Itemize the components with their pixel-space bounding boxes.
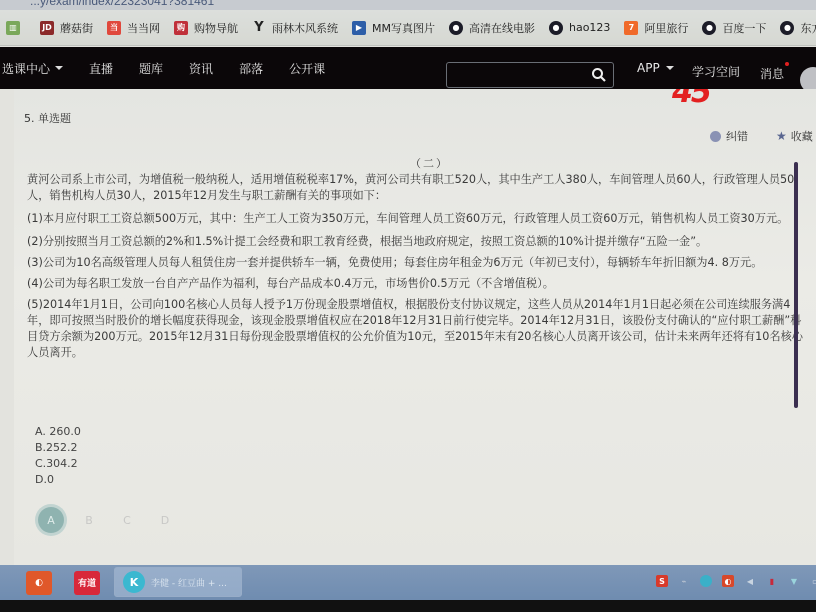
chevron-down-icon xyxy=(666,66,674,70)
volume-icon[interactable]: ◀ xyxy=(744,575,756,587)
question-intro: 黄河公司系上市公司，为增值税一般纳税人，适用增值税税率17%，黄河公司共有职工5… xyxy=(27,172,805,204)
address-bar[interactable]: ...y/exam/index/22323041?381461 xyxy=(0,0,816,10)
answer-button-b[interactable]: B xyxy=(76,507,102,533)
green-app-icon: ▥ xyxy=(6,21,20,35)
chevron-down-icon xyxy=(55,66,63,70)
star-icon: ★ xyxy=(776,129,787,143)
taskbar: ◐ 有道 K 李健 - 红豆曲 + ... S ⌁ ◐ ◀ ▮ ▼ ▭ xyxy=(0,565,816,600)
answer-selector: A B C D xyxy=(38,507,190,533)
media-tray-icon[interactable]: ◐ xyxy=(722,575,734,587)
question-stem: 黄河公司系上市公司，为增值税一般纳税人，适用增值税税率17%，黄河公司共有职工5… xyxy=(27,172,805,368)
bookmark-green-app[interactable]: ▥ xyxy=(6,21,26,35)
bookmark-ylmf[interactable]: Y 雨林木风系统 xyxy=(252,20,338,36)
question-item-1: (1)本月应付职工工资总额500万元，其中：生产工人工资为350万元，车间管理人… xyxy=(27,211,805,227)
search-input[interactable] xyxy=(447,63,587,87)
answer-button-a[interactable]: A xyxy=(38,507,64,533)
shopping-icon: 购 xyxy=(174,21,188,35)
power-icon[interactable]: ▭ xyxy=(810,575,816,587)
youdao-icon[interactable]: 有道 xyxy=(74,571,100,595)
nav-course-center[interactable]: 选课中心 xyxy=(2,60,63,77)
bookmark-shopping-nav[interactable]: 购 购物导航 xyxy=(174,20,238,36)
question-item-5: (5)2014年1月1日，公司向100名核心人员每人授予1万份现金股票增值权，根… xyxy=(27,297,805,361)
jd-icon: JD xyxy=(40,21,54,35)
search-box xyxy=(446,62,614,88)
taskbar-active-window[interactable]: K 李健 - 红豆曲 + ... xyxy=(114,567,242,597)
bookmark-dangdang[interactable]: 当 当当网 xyxy=(107,20,160,36)
url-text: ...y/exam/index/22323041?381461 xyxy=(30,0,214,8)
option-a: A. 260.0 xyxy=(35,424,81,440)
answer-button-d[interactable]: D xyxy=(152,507,178,533)
question-type-label: 5. 单选题 xyxy=(24,110,71,126)
favorite-button[interactable]: ★ 收藏 xyxy=(776,128,813,144)
messages-link[interactable]: 消息 xyxy=(760,65,784,82)
screen-bezel xyxy=(0,600,816,612)
search-icon[interactable] xyxy=(591,67,607,83)
question-item-2: (2)分别按照当月工资总额的2%和1.5%计提工会经费和职工教育经费，根据当地政… xyxy=(27,234,805,250)
alitrip-icon: 7 xyxy=(624,21,638,35)
bookmarks-bar: ▥ JD 蘑菇街 当 当当网 购 购物导航 Y 雨林木风系统 ▶ MM写真图片 … xyxy=(0,10,816,46)
answer-button-c[interactable]: C xyxy=(114,507,140,533)
nav-open-course[interactable]: 公开课 xyxy=(289,60,325,77)
site-navbar: 选课中心 直播 题库 资讯 部落 公开课 APP 学习空间 消息 xyxy=(0,47,816,89)
nav-live[interactable]: 直播 xyxy=(89,60,113,77)
nav-question-bank[interactable]: 题库 xyxy=(139,60,163,77)
notification-dot xyxy=(785,62,789,66)
film-icon: ▶ xyxy=(352,21,366,35)
question-item-3: (3)公司为10名高级管理人员每人租赁住房一套并提供轿车一辆，免费使用；每套住房… xyxy=(27,255,805,271)
bookmark-alitrip[interactable]: 7 阿里旅行 xyxy=(624,20,688,36)
window-title: 李健 - 红豆曲 + ... xyxy=(151,576,227,589)
shield-icon[interactable]: ▼ xyxy=(788,575,800,587)
banner-decoration: 45 xyxy=(672,89,728,109)
study-space-link[interactable]: 学习空间 xyxy=(692,63,740,80)
check-circle-icon xyxy=(710,131,721,142)
dangdang-icon: 当 xyxy=(107,21,121,35)
sogou-ime-icon[interactable]: S xyxy=(656,575,668,587)
kugou-tray-icon[interactable] xyxy=(700,575,712,587)
globe-icon: ● xyxy=(549,21,563,35)
network-icon[interactable]: ⌁ xyxy=(678,575,690,587)
battery-icon[interactable]: ▮ xyxy=(766,575,778,587)
media-player-icon[interactable]: ◐ xyxy=(26,571,52,595)
kugou-icon: K xyxy=(123,571,145,593)
nav-news[interactable]: 资讯 xyxy=(189,60,213,77)
system-tray: S ⌁ ◐ ◀ ▮ ▼ ▭ xyxy=(656,575,816,587)
globe-icon: ● xyxy=(702,21,716,35)
report-error-button[interactable]: 纠错 xyxy=(710,128,748,144)
bookmark-dftt[interactable]: ● 东方头条 xyxy=(780,20,816,36)
answer-options: A. 260.0 B.252.2 C.304.2 D.0 xyxy=(35,424,81,488)
question-scrollbar[interactable] xyxy=(794,162,798,408)
bookmark-mogujie[interactable]: JD 蘑菇街 xyxy=(40,20,93,36)
option-d: D.0 xyxy=(35,472,81,488)
option-c: C.304.2 xyxy=(35,456,81,472)
section-title: （二） xyxy=(410,155,449,171)
bookmark-hd-movies[interactable]: ● 高清在线电影 xyxy=(449,20,535,36)
bookmark-mm-photos[interactable]: ▶ MM写真图片 xyxy=(352,20,435,36)
nav-tribe[interactable]: 部落 xyxy=(239,60,263,77)
bookmark-baidu[interactable]: ● 百度一下 xyxy=(702,20,766,36)
app-dropdown[interactable]: APP xyxy=(637,61,674,75)
question-item-4: (4)公司为每名职工发放一台自产产品作为福利，每台产品成本0.4万元，市场售价0… xyxy=(27,276,805,292)
option-b: B.252.2 xyxy=(35,440,81,456)
globe-icon: ● xyxy=(780,21,794,35)
ylmf-icon: Y xyxy=(252,21,266,35)
globe-icon: ● xyxy=(449,21,463,35)
bookmark-hao123[interactable]: ● hao123 xyxy=(549,21,610,35)
